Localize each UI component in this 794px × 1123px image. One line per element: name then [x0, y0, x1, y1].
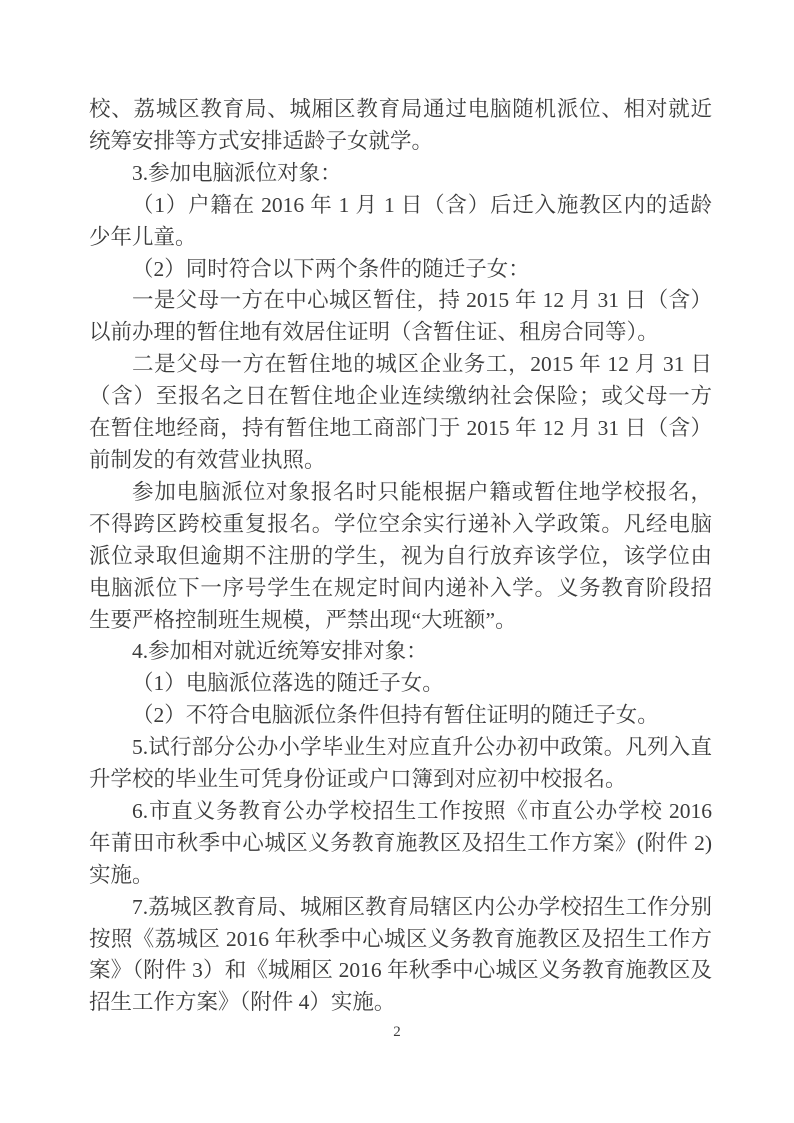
paragraph-continuation: 校、荔城区教育局、城厢区教育局通过电脑随机派位、相对就近统筹安排等方式安排适龄子…	[89, 94, 712, 158]
page-number: 2	[0, 1024, 794, 1041]
paragraph-item-7: 7.荔城区教育局、城厢区教育局辖区内公办学校招生工作分别按照《荔城区 2016 …	[89, 892, 712, 1020]
paragraph-registration-rules: 参加电脑派位对象报名时只能根据户籍或暂住地学校报名，不得跨区跨校重复报名。学位空…	[89, 477, 712, 637]
paragraph-item-3-2: （2）同时符合以下两个条件的随迁子女：	[89, 254, 712, 286]
paragraph-condition-1: 一是父母一方在中心城区暂住，持 2015 年 12 月 31 日（含）以前办理的…	[89, 285, 712, 349]
paragraph-item-6: 6.市直义务教育公办学校招生工作按照《市直公办学校 2016 年莆田市秋季中心城…	[89, 796, 712, 892]
paragraph-item-3-1: （1）户籍在 2016 年 1 月 1 日（含）后迁入施教区内的适龄少年儿童。	[89, 190, 712, 254]
paragraph-condition-2: 二是父母一方在暂住地的城区企业务工，2015 年 12 月 31 日（含）至报名…	[89, 349, 712, 477]
document-page: 校、荔城区教育局、城厢区教育局通过电脑随机派位、相对就近统筹安排等方式安排适龄子…	[0, 0, 794, 1123]
paragraph-item-3: 3.参加电脑派位对象：	[89, 158, 712, 190]
document-body: 校、荔城区教育局、城厢区教育局通过电脑随机派位、相对就近统筹安排等方式安排适龄子…	[89, 94, 712, 1019]
paragraph-item-5: 5.试行部分公办小学毕业生对应直升公办初中政策。凡列入直升学校的毕业生可凭身份证…	[89, 732, 712, 796]
paragraph-item-4-2: （2）不符合电脑派位条件但持有暂住证明的随迁子女。	[89, 700, 712, 732]
paragraph-item-4-1: （1）电脑派位落选的随迁子女。	[89, 668, 712, 700]
paragraph-item-4: 4.参加相对就近统筹安排对象：	[89, 636, 712, 668]
